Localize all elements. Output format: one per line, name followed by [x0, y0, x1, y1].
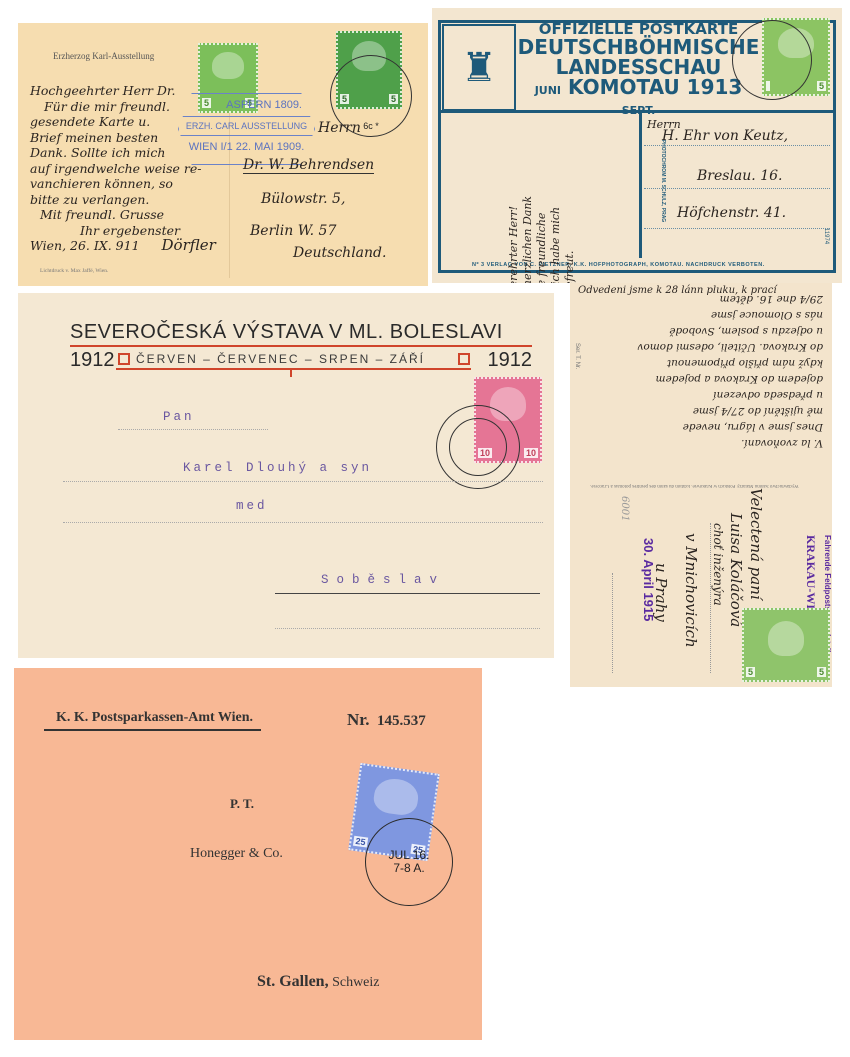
meander-ornament-icon: [118, 353, 130, 365]
sender-line: K. K. Postsparkassen-Amt Wien.: [44, 710, 261, 731]
exhibition-title: SEVEROČESKÁ VÝSTAVA V ML. BOLESLAVI: [70, 321, 503, 344]
postcard-fieldpost-krakau: V. la zvoňovaní. Dnes jsme v lágru, neve…: [570, 283, 832, 687]
year-right: 1912: [488, 349, 533, 372]
address-line: Velectená paní: [747, 488, 765, 600]
card-title: OFFIZIELLE POSTKARTE DEUTSCHBÖHMISCHE LA…: [516, 22, 761, 117]
emperor-portrait-icon: [768, 621, 804, 656]
envelope-postsparkasse: K. K. Postsparkassen-Amt Wien. Nr. 145.5…: [14, 668, 482, 1040]
card-header: Erzherzog Karl-Ausstellung: [53, 51, 154, 61]
pt-label: P. T.: [230, 796, 254, 812]
meander-ornament-icon: [458, 353, 470, 365]
exhibition-months: ČERVEN – ČERVENEC – SRPEN – ZÁŘÍ: [136, 352, 425, 366]
address-salutation: Pan: [163, 410, 195, 424]
address-city: Soběslav: [321, 573, 445, 587]
postmark-wien: JUL 16.7-8 A.: [365, 818, 453, 906]
reference-number: Nr. 145.537: [347, 710, 426, 730]
printer-credit: Lichtdruck v. Max Jaffé, Wien.: [40, 268, 108, 274]
recipient-city: St. Gallen, Schweiz: [257, 973, 380, 991]
address-line: v Mnichovicích: [682, 533, 700, 648]
address-line: choť inženýra: [711, 523, 725, 606]
exhibition-cachet: ASPERN 1809. ERZH. CARL AUSSTELLUNG WIEN…: [178, 93, 315, 165]
handwritten-message: Hochverehrter Herr! Recht herzlichen Dan…: [507, 143, 577, 283]
address-line: H. Ehr von Keutz,: [662, 128, 788, 144]
knight-figure-icon: ♜: [442, 24, 516, 111]
pencil-note: 6001: [619, 496, 630, 521]
address-line: Bülowstr. 5,: [261, 191, 345, 207]
photo-credit: PHOTOCHROM M. SCHULZ, PRAG: [660, 140, 666, 222]
postmark-circle: [732, 20, 812, 100]
stamp-5-heller: 55: [742, 608, 830, 682]
postcard-komotau-1913: ♜ OFFIZIELLE POSTKARTE DEUTSCHBÖHMISCHE …: [432, 8, 842, 283]
postmark-mlada-boleslav: [436, 405, 520, 489]
postcard-erzherzog-karl: Erzherzog Karl-Ausstellung Hochgeehrter …: [18, 23, 428, 286]
address-line: Deutschland.: [293, 245, 386, 261]
handwritten-message-inverted: V. la zvoňovaní. Dnes jsme v lágru, neve…: [578, 291, 823, 451]
address-line: Herrn: [318, 120, 361, 136]
address-line: Dr. W. Behrendsen: [243, 157, 374, 174]
signature: Dörfler: [162, 236, 216, 254]
address-name: Karel Dlouhý a syn: [183, 461, 372, 475]
year-left: 1912: [70, 349, 115, 372]
recipient-name: Honegger & Co.: [190, 846, 283, 862]
card-severoceska-vystava: SEVEROČESKÁ VÝSTAVA V ML. BOLESLAVI 1912…: [18, 293, 554, 658]
publisher-note: Wydawnictwo Salonu Malarzy Polskich w Kr…: [590, 483, 799, 488]
address-line3: med: [236, 499, 268, 513]
address-line: Berlin W. 57: [250, 223, 336, 239]
emperor-portrait-icon: [212, 52, 243, 79]
serial-number: 11974: [823, 228, 829, 244]
address-line: Höfchenstr. 41.: [677, 205, 786, 221]
address-line: Breslau. 16.: [697, 168, 782, 184]
address-line: u Prahy: [652, 563, 670, 622]
emperor-portrait-icon: [372, 776, 420, 817]
